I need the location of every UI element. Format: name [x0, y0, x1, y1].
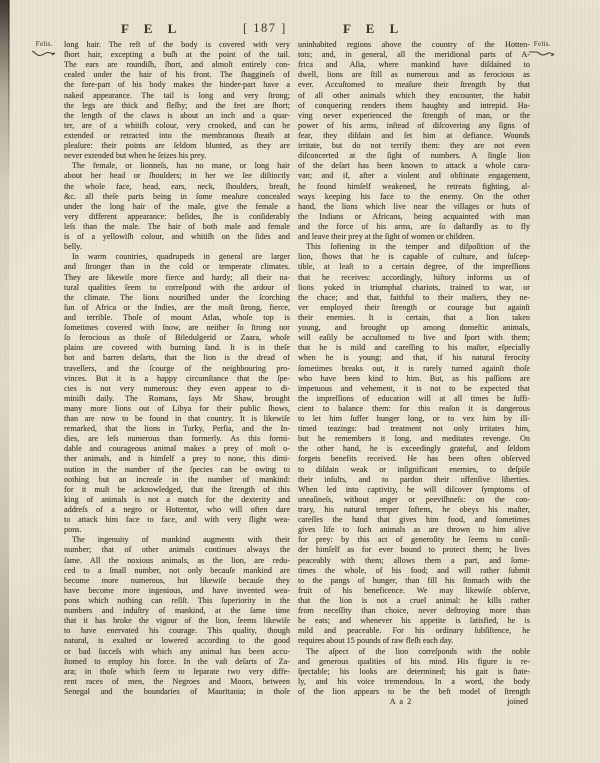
text-line: forgets benefits received. He has been o…	[298, 454, 530, 464]
text-line: that the lion is not a cruel animal: he …	[298, 596, 530, 606]
text-line: the length of the claws is about an inch…	[64, 111, 290, 121]
text-line: cealed under the hair of his front. The …	[64, 70, 290, 80]
margin-note-label: Felis.	[527, 40, 557, 48]
text-line: fruit of his beneficence. We may likewiſ…	[298, 586, 530, 596]
running-header: F E L [ 187 ] F E L	[0, 21, 600, 36]
text-line: travellers, and the ſcourge of the neigh…	[64, 364, 290, 374]
text-line: very different appearance: beſides, ſhe …	[64, 212, 290, 222]
text-line: number; that of other animals continues …	[64, 545, 290, 555]
text-line: diſconcerted at the ſight of numbers. A …	[298, 151, 530, 161]
text-line: ther animals, and is himſelf a prey to n…	[64, 454, 290, 464]
text-line: that he receives: accordingly, hiſtory i…	[298, 273, 530, 283]
text-line: ving never experienced the ſtrength of m…	[298, 111, 530, 121]
text-line: leſs than the male. The hair of both mal…	[64, 222, 290, 232]
text-line: lion, ſhows that he is capable of cultur…	[298, 252, 530, 262]
text-line: ara; in thoſe which ſeem to ſeparate two…	[64, 667, 290, 677]
text-line: when he is young; and that, if his natur…	[298, 353, 530, 363]
text-line: miniſh daily. The Romans, ſays Mr Shaw, …	[64, 394, 290, 404]
text-line: is of a yellowiſh colour, and whitiſh on…	[64, 232, 290, 242]
text-line: This ſoftening in the temper and diſpoſi…	[298, 242, 530, 252]
text-line: trary, his natural temper ſoftens, he ob…	[298, 505, 530, 515]
text-line: tots; and, in general, all the meridiona…	[298, 50, 530, 60]
text-line: ſo ferocious as thoſe of Biledulgerid or…	[64, 333, 290, 343]
page-number: [ 187 ]	[243, 21, 287, 36]
text-line: requires about 15 pounds of raw fleſh ea…	[298, 636, 530, 646]
text-line: In warm countries, quadrupeds in general…	[64, 252, 290, 262]
text-line: natural, is exalted or lowered according…	[64, 636, 290, 646]
text-line: ſometimes breaks out, it is rarely turne…	[298, 364, 530, 374]
text-line: and the force of his arms, are ſo daſtar…	[298, 222, 530, 232]
text-line: times the whole, of his food; and will r…	[298, 566, 530, 576]
text-line: mild and peaceable. For his ordinary ſub…	[298, 626, 530, 636]
text-line: the legs are thick and fleſhy; and the f…	[64, 101, 290, 111]
text-line: gives life to ſuch animals as are thrown…	[298, 525, 530, 535]
text-line: tible, at leaſt to a certain degree, of …	[298, 262, 530, 272]
text-line: have become more ingenious, and have inv…	[64, 586, 290, 596]
text-line: and terrible. Thoſe of mount Atlas, whoſ…	[64, 313, 290, 323]
text-line: ver employed their ſtrength or courage b…	[298, 303, 530, 313]
text-line: king of animals is not a match for the d…	[64, 495, 290, 505]
text-line: ced to a ſmall number, not only becauſe …	[64, 566, 290, 576]
text-line: fear, they diſdain and ſet him at defian…	[298, 131, 530, 141]
text-line: will eaſily be accuſtomed to live and ſp…	[298, 333, 530, 343]
text-line: long hair. The reſt of the body is cover…	[64, 40, 290, 50]
signature-line: A a 2 joined	[298, 697, 530, 709]
text-line: pons which nothing can reſiſt. This ſupe…	[64, 596, 290, 606]
text-line: van; and if, after a violent and obſtina…	[298, 171, 530, 181]
text-line: the fore-part of his body makes the hind…	[64, 80, 290, 90]
text-line: to let him ſuffer hunger long, or to vex…	[298, 414, 530, 424]
text-line: to the pangs of hunger, than fill his ſt…	[298, 576, 530, 586]
text-line: pons.	[64, 525, 290, 535]
text-line: remarked, that the lions in Turky, Perſi…	[64, 424, 290, 434]
text-line: and leave their prey at the ſight of wom…	[298, 232, 530, 242]
text-line: to diſdain weak or inſignificant enemies…	[298, 465, 530, 475]
swash-flourish-icon	[32, 49, 56, 58]
text-line: power of his arms, inſtead of diſcoverin…	[298, 121, 530, 131]
signature-mark: A a 2	[298, 697, 504, 706]
text-line: he found himſelf weakened, he retreats f…	[298, 182, 530, 192]
text-line: young, and brought up among domeſtic ani…	[298, 323, 530, 333]
text-line: They are likewiſe more fierce and hardy;…	[64, 273, 290, 283]
text-line: of the lion appears to be the beſt model…	[298, 687, 530, 697]
text-line: than are now to be found in that country…	[64, 414, 290, 424]
text-line: ſometimes covered with ſnow, are neither…	[64, 323, 290, 333]
text-line: the Indians or Africans, being acquainte…	[298, 212, 530, 222]
text-line: frica and Aſia, where mankind have diſda…	[298, 60, 530, 70]
text-line: impetuous and vehement, it is not to be …	[298, 384, 530, 394]
text-column-right: uninhabited regions above the country of…	[298, 40, 530, 697]
text-line: ways keeping his face to the enemy. On t…	[298, 192, 530, 202]
text-line: rent races of men, the Negroes and Moors…	[64, 677, 290, 687]
text-line: that it has broke the vigour of the lion…	[64, 616, 290, 626]
text-line: the impreſſions of education will at all…	[298, 394, 530, 404]
text-line: cies is not very numerous: they even app…	[64, 384, 290, 394]
book-page-scan: F E L [ 187 ] F E L Felis. Felis. long h…	[0, 0, 600, 763]
text-line: The aſpect of the lion correſponds with …	[298, 647, 530, 657]
text-line: and generous qualities of his mind. His …	[298, 657, 530, 667]
text-line: ſpectable; his looks are determined; his…	[298, 667, 530, 677]
text-line: pleaſure: their points are ſeldom blunte…	[64, 141, 290, 151]
text-line: become more numerous, but likewiſe becau…	[64, 576, 290, 586]
text-line: hand, the lions which live near the vill…	[298, 202, 530, 212]
text-line: numbers and induſtry of mankind, at the …	[64, 606, 290, 616]
text-line: hot and barren deſarts, that the lion is…	[64, 353, 290, 363]
text-line: dable and courageous animal makes a prey…	[64, 444, 290, 454]
text-line: for prey: by this act of generoſity he ſ…	[298, 535, 530, 545]
text-line: ter, are of a whitiſh colour, very crook…	[64, 121, 290, 131]
header-left-title: F E L	[121, 21, 180, 37]
text-line: ſtomed to employ his force. In the vaſt …	[64, 657, 290, 667]
text-line: who have been kind to him. But, as his p…	[298, 374, 530, 384]
text-line: der himſelf as for ever bound to protect…	[298, 545, 530, 555]
text-line: uninhabited regions above the country of…	[298, 40, 530, 50]
header-right-title: F E L	[343, 21, 402, 37]
text-line: or bad ſucceſs with which any animal has…	[64, 647, 290, 657]
text-line: ever. Accuſtomed to meaſure their ſtreng…	[298, 80, 530, 90]
swash-flourish-icon	[529, 49, 555, 58]
margin-note-left: Felis.	[29, 40, 59, 58]
text-line: irritate, but do not terrify them: they …	[298, 141, 530, 151]
text-line: dwell, lions are ſtill as numerous and a…	[298, 70, 530, 80]
text-line: of the deſart has been known to attack a…	[298, 161, 530, 171]
text-line: the whole face, head, ears, neck, ſhould…	[64, 182, 290, 192]
text-line: nution in the number of the ſpecies can …	[64, 465, 290, 475]
text-line: of all other animals which they encounte…	[298, 91, 530, 101]
text-line: cient to balance them: for this reaſon i…	[298, 404, 530, 414]
text-line: for it muſt be acknowledged, that the ſt…	[64, 485, 290, 495]
text-line: timed teazings: bad treatment not only i…	[298, 424, 530, 434]
margin-note-right: Felis.	[527, 40, 557, 58]
text-line: of conquering renders them haughty and i…	[298, 101, 530, 111]
margin-note-label: Felis.	[29, 40, 59, 48]
text-line: vinces. But it is a happy circumſtance t…	[64, 374, 290, 384]
text-line: uneaſineſs, without anger or peeviſhneſs…	[298, 495, 530, 505]
text-line: The female, or lionneſs, has no mane, or…	[64, 161, 290, 171]
text-line: that he is mild and careſſing to his maſ…	[298, 343, 530, 353]
text-line: tural qualities ſeem to correſpond with …	[64, 283, 290, 293]
text-line: to attack him face to face, and with ver…	[64, 515, 290, 525]
text-line: the chace; and that, faithful to their m…	[298, 293, 530, 303]
text-column-left: long hair. The reſt of the body is cover…	[64, 40, 290, 697]
text-line: extended or retracted into the membranou…	[64, 131, 290, 141]
text-line: the climate. The lions nouriſhed under t…	[64, 293, 290, 303]
text-line: many more lions out of Libya for their p…	[64, 404, 290, 414]
text-line: belly.	[64, 242, 290, 252]
text-line: peaceably with them; allows them a part,…	[298, 556, 530, 566]
text-line: &c. all theſe parts being in ſome meaſur…	[64, 192, 290, 202]
text-line: dies, are leſs numerous than formerly. A…	[64, 434, 290, 444]
text-line: addreſs of a negro or Hottentot, who wil…	[64, 505, 290, 515]
catchword: joined	[507, 697, 528, 706]
text-line: never extended but when he ſeizes his pr…	[64, 151, 290, 161]
text-line: When led into captivity, he will diſcove…	[298, 485, 530, 495]
text-line: careſſes the hand that gives him food, a…	[298, 515, 530, 525]
text-line: ſame. All the noxious animals, as the li…	[64, 556, 290, 566]
text-line: ſun of Africa or the Indies, are the moſ…	[64, 303, 290, 313]
text-line: the other hand, he is exceedingly gratef…	[298, 444, 530, 454]
text-line: but he remembers it long, and meditates …	[298, 434, 530, 444]
text-line: about her head or ſhoulders; in her we ſ…	[64, 171, 290, 181]
text-line: he eats; and whenever his appetite is ſa…	[298, 616, 530, 626]
text-line: Senegal and the boundaries of Mauritania…	[64, 687, 290, 697]
text-line: from neceſſity than choice, never deſtro…	[298, 606, 530, 616]
text-line: under the long hair of the male, give th…	[64, 202, 290, 212]
text-line: ly, and his voice tremendous. In a word,…	[298, 677, 530, 687]
text-line: to have enervated his courage. This qual…	[64, 626, 290, 636]
text-line: ſhort hair, excepting a buſh at the poin…	[64, 50, 290, 60]
text-line: lions yoked in triumphal chariots, train…	[298, 283, 530, 293]
text-line: The ingenuity of mankind augments with t…	[64, 535, 290, 545]
text-line: and ſtronger than in the cold or tempera…	[64, 262, 290, 272]
text-line: their inſults, and to pardon their offen…	[298, 475, 530, 485]
text-line: plains are covered with burning ſand. It…	[64, 343, 290, 353]
text-line: naked appearance. The tail is long and v…	[64, 91, 290, 101]
text-line: their enemies. It is certain, that a lio…	[298, 313, 530, 323]
text-line: The ears are roundiſh, ſhort, and almoſt…	[64, 60, 290, 70]
text-line: nothing but an increaſe in the number of…	[64, 475, 290, 485]
